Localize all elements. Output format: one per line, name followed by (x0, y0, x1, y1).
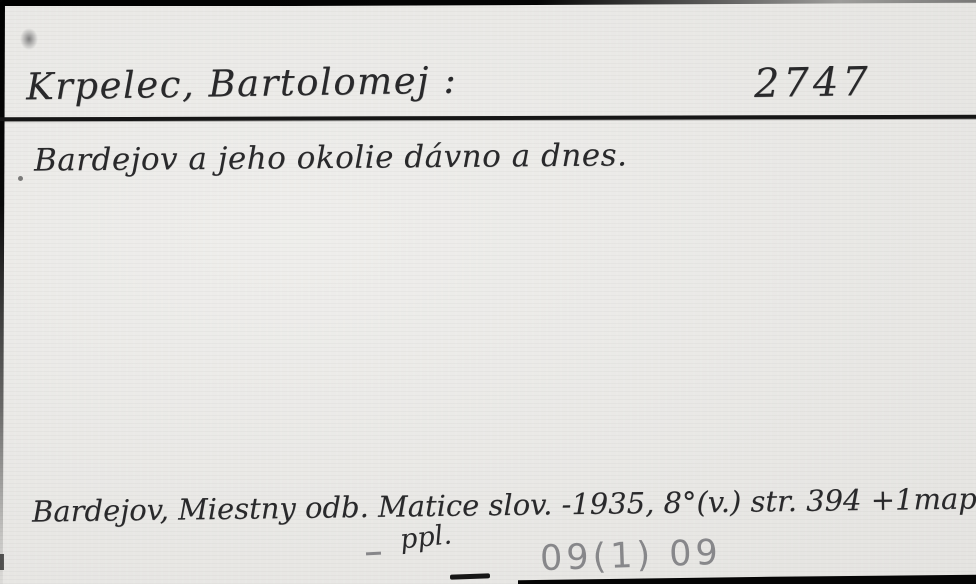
scan-top-edge (0, 0, 976, 6)
accession-number: 2747 (754, 59, 873, 107)
pencil-dash (366, 552, 381, 556)
scan-left-edge (0, 0, 5, 584)
annotation-ppl: ppl. (399, 519, 454, 555)
ruled-line (0, 115, 976, 122)
imprint-line: Bardejov, Miestny odb. Matice slov. -193… (32, 481, 976, 528)
ink-speck (18, 176, 23, 181)
author-heading: Krpelec, Bartolomej : (26, 59, 458, 109)
catalog-card: Krpelec, Bartolomej : 2747 Bardejov a je… (0, 0, 976, 584)
book-title: Bardejov a jeho okolie dávno a dnes. (34, 137, 628, 178)
classification-number: 09(1) 09 (539, 533, 722, 579)
scan-bottom-dash (450, 573, 490, 579)
scan-left-mark (0, 554, 4, 570)
smudge-mark (20, 28, 38, 50)
